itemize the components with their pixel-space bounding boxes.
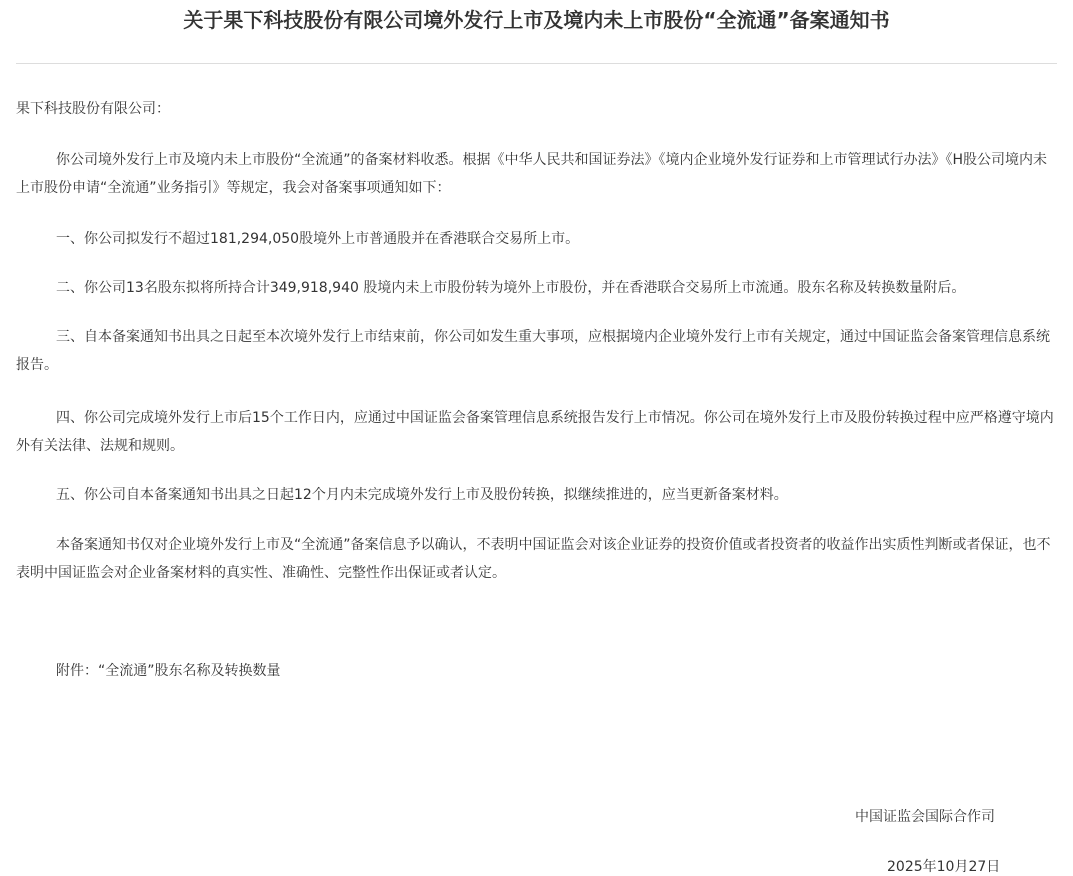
- title-divider: [16, 63, 1057, 64]
- notice-item-2: 二、你公司13名股东拟将所持合计349,918,940 股境内未上市股份转为境外…: [16, 274, 1061, 302]
- notice-item-4: 四、你公司完成境外发行上市后15个工作日内，应通过中国证监会备案管理信息系统报告…: [16, 404, 1061, 460]
- item-number: 一、: [56, 231, 84, 247]
- intro-paragraph: 你公司境外发行上市及境内未上市股份“全流通”的备案材料收悉。根据《中华人民共和国…: [16, 146, 1061, 202]
- item-text: 你公司完成境外发行上市后15个工作日内，应通过中国证监会备案管理信息系统报告发行…: [16, 410, 1054, 454]
- document-title: 关于果下科技股份有限公司境外发行上市及境内未上市股份“全流通”备案通知书: [0, 6, 1073, 34]
- item-number: 四、: [56, 410, 84, 426]
- attachment-note: 附件：“全流通”股东名称及转换数量: [16, 657, 1061, 685]
- notice-item-1: 一、你公司拟发行不超过181,294,050股境外上市普通股并在香港联合交易所上…: [16, 225, 1061, 253]
- item-text: 你公司自本备案通知书出具之日起12个月内未完成境外发行上市及股份转换，拟继续推进…: [84, 487, 788, 503]
- signature-organization: 中国证监会国际合作司: [855, 803, 995, 831]
- item-text: 你公司13名股东拟将所持合计349,918,940 股境内未上市股份转为境外上市…: [84, 280, 965, 296]
- signature-date: 2025年10月27日: [887, 853, 1000, 876]
- item-number: 二、: [56, 280, 84, 296]
- item-text: 你公司拟发行不超过181,294,050股境外上市普通股并在香港联合交易所上市。: [84, 231, 579, 247]
- item-text: 自本备案通知书出具之日起至本次境外发行上市结束前，你公司如发生重大事项，应根据境…: [16, 329, 1050, 373]
- item-number: 五、: [56, 487, 84, 503]
- notice-item-3: 三、自本备案通知书出具之日起至本次境外发行上市结束前，你公司如发生重大事项，应根…: [16, 323, 1061, 379]
- item-number: 三、: [56, 329, 84, 345]
- notice-item-5: 五、你公司自本备案通知书出具之日起12个月内未完成境外发行上市及股份转换，拟继续…: [16, 481, 1061, 509]
- disclaimer-paragraph: 本备案通知书仅对企业境外发行上市及“全流通”备案信息予以确认，不表明中国证监会对…: [16, 531, 1061, 587]
- salutation: 果下科技股份有限公司：: [16, 95, 1061, 123]
